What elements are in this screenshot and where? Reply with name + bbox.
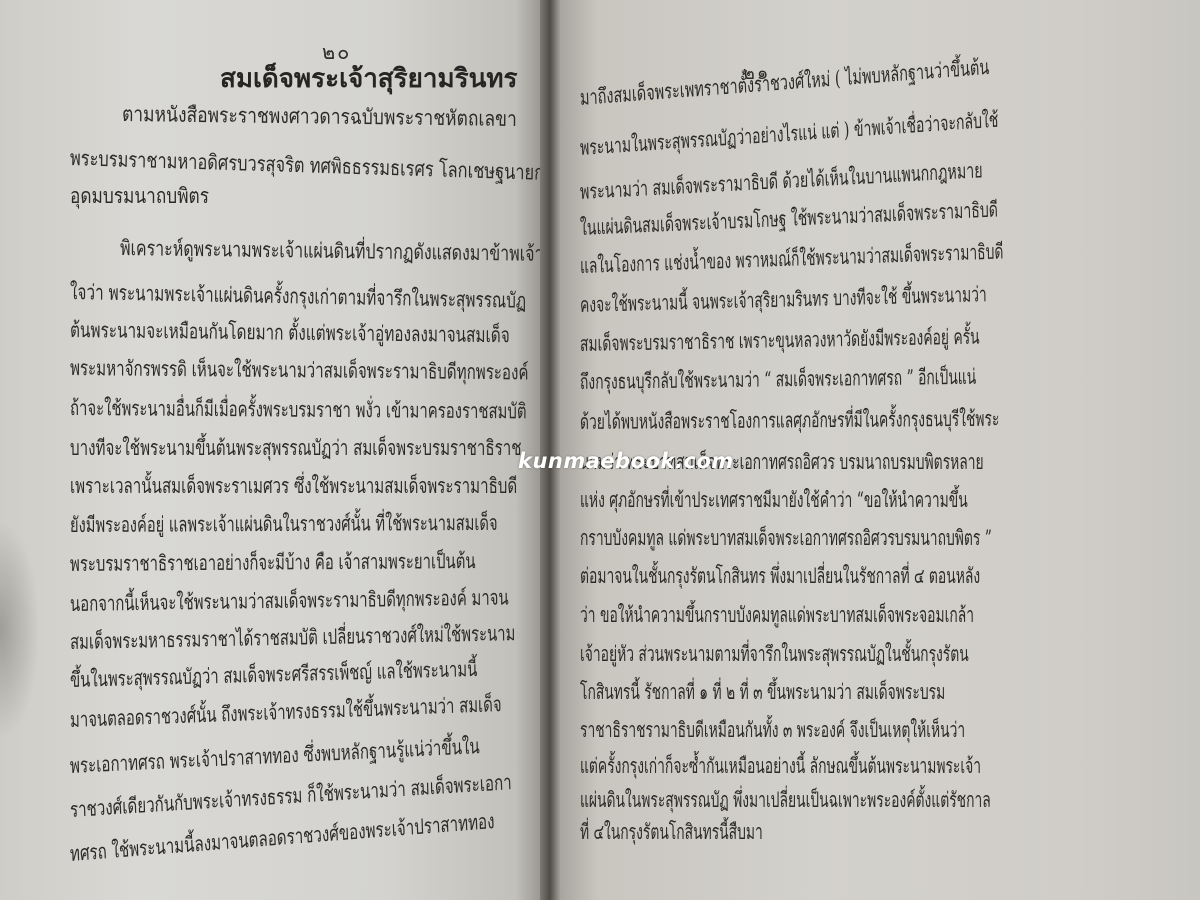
text-line: ต้นพระนามจะเหมือนกันโดยมาก ตั้งแต่พระเจ้… [70, 320, 510, 346]
text-line: ถ้าจะใช้พระนามอื่นก็มีเมื่อครั้งพระบรมรา… [70, 398, 527, 422]
text-line: พระมหาจักรพรรดิ เห็นจะใช้พระนามว่าสมเด็จ… [70, 358, 529, 383]
text-line: ต่อมาจนในชั้นกรุงรัตนโกสินทร พึ่งมาเปลี่… [580, 566, 980, 587]
text-line: คงจะใช้พระนามนี้ จนพระเจ้าสุริยามรินทร บ… [580, 284, 987, 316]
text-line: สมเด็จพระบรมราชาธิราช เพราะขุนหลวงหาวัดย… [580, 327, 980, 355]
text-line: พระนามว่า สมเด็จพระรามาธิบดี ด้วยได้เห็น… [580, 160, 983, 203]
open-book: ๒๐ สมเด็จพระเจ้าสุริยามรินทร ตามหนังสือพ… [0, 0, 1200, 900]
text-line: ใจว่า พระนามพระเจ้าแผ่นดินครั้งกรุงเก่าต… [70, 282, 526, 312]
text-line: ในแผ่นดินสมเด็จพระเจ้าบรมโกษฐ ใช้พระนามว… [580, 199, 998, 239]
text-line: มาจนตลอดราชวงศ์นั้น ถึงพระเจ้าทรงธรรมใช้… [70, 694, 502, 731]
text-line: พระบรมราชามหาอดิศรบวรสุจริต ทศพิธธรรมธเร… [70, 148, 544, 184]
text-line: แผ่นดินในพระสุพรรณบัฏ พึ่งมาเปลี่ยนเป็นฉ… [580, 790, 991, 811]
text-line: เพราะเวลานั้นสมเด็จพระราเมศวร ซึ่งใช้พระ… [70, 476, 517, 497]
text-line: แห่ง ศุภอักษรที่เข้าประเทศราชมีมายังใช้ค… [580, 490, 968, 511]
text-line: แลในโองการ แช่งน้ำของ พราหมณ์ก็ใช้พระนาม… [580, 241, 1004, 277]
text-line: ด้วยได้พบหนังสือพระราชโองการแลศุภอักษรที… [580, 409, 999, 433]
text-line: สมเด็จพระมหาธรรมราชาได้ราชสมบัติ เปลี่ยน… [70, 623, 516, 653]
text-line: ว่า ขอให้นำความขึ้นกราบบังคมทูลแด่พระบาท… [580, 605, 974, 626]
text-line: ราชาธิราชรามาธิบดีเหมือนกันทั้ง ๓ พระองค… [580, 720, 965, 741]
chapter-title: สมเด็จพระเจ้าสุริยามรินทร [220, 58, 517, 99]
text-line: ถึงกรุงธนบุรีกลับใช้พระนามว่า “ สมเด็จพร… [580, 367, 976, 393]
left-page: ๒๐ สมเด็จพระเจ้าสุริยามรินทร ตามหนังสือพ… [0, 0, 548, 900]
text-line: กราบบังคมทูล แด่พระบาทสมเด็จพระเอกาทศรถอ… [580, 528, 992, 549]
text-line: นอกจากนี้เห็นจะใช้พระนามว่าสมเด็จพระรามา… [70, 588, 509, 615]
text-line: ยังมีพระองค์อยู่ แลพระเจ้าแผ่นดินในราชวง… [70, 513, 498, 536]
text-line: ที่ ๔ในกรุงรัตนโกสินทรนี้สืบมา [580, 822, 763, 843]
text-line: พระนามในพระสุพรรณบัฏว่าอย่างไรแน่ แต่ ) … [580, 110, 999, 159]
text-line: บางทีจะใช้พระนามขึ้นต้นพระสุพรรณบัฏว่า ส… [70, 438, 522, 459]
text-line: พิเคราะห์ดูพระนามพระเจ้าแผ่นดินที่ปรากฏด… [120, 238, 569, 265]
watermark: kunmaebook.com [518, 449, 734, 473]
text-line: ทศรถ ใช้พระนามนี้ลงมาจนตลอดราชวงศ์ของพระ… [70, 811, 495, 865]
page-shadow [0, 520, 40, 740]
text-line: ขึ้นในพระสุพรรณบัฏว่า สมเด็จพระศรีสรรเพ็… [70, 659, 478, 691]
text-line: มาถึงสมเด็จพระเพทราชาตั้งราชวงศ์ใหม่ ( ไ… [580, 57, 990, 109]
text-line: แต่ครั้งกรุงเก่าก็จะซ้ำกันเหมือนอย่างนี้… [580, 756, 981, 777]
text-line: ตามหนังสือพระราชพงศาวดารฉบับพระราชหัตถเล… [122, 104, 517, 130]
text-line: โกสินทรนี้ รัชกาลที่ ๑ ที่ ๒ ที่ ๓ ขึ้นพ… [580, 682, 945, 703]
text-line: พระบรมราชาธิราชเอาอย่างก็จะมีบ้าง คือ เจ… [70, 551, 476, 575]
text-line: อุดมบรมนาถบพิตร [70, 186, 209, 207]
text-line: เจ้าอยู่หัว ส่วนพระนามตามที่จารึกในพระสุ… [580, 644, 969, 665]
text-line: พระเอกาทศรถ พระเจ้าปราสาททอง ซึ่งพบหลักฐ… [70, 736, 480, 777]
